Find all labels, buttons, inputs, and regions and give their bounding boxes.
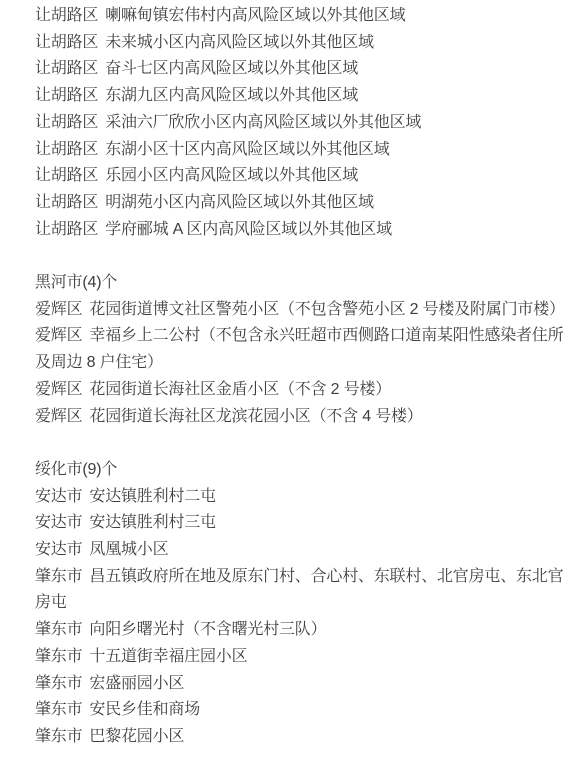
risk-area-list: 让胡路区喇嘛甸镇宏伟村内高风险区域以外其他区域让胡路区未来城小区内高风险区域以外…: [0, 0, 571, 751]
district-name: 肇东市: [35, 701, 82, 718]
district-name: 让胡路区: [35, 221, 98, 238]
risk-area-entry: 肇东市宏盛丽园小区: [35, 671, 569, 698]
risk-area-entry: 肇东市巴黎花园小区: [35, 724, 569, 751]
district-name: 肇东市: [35, 568, 82, 585]
district-name: 安达市: [35, 488, 82, 505]
risk-area-entry: 爱辉区花园街道长海社区金盾小区（不含 2 号楼）: [35, 377, 569, 404]
city-section: 绥化市(9)个 安达市安达镇胜利村二屯安达市安达镇胜利村三屯安达市凤凰城小区肇东…: [35, 457, 569, 751]
risk-area-entry: 安达市凤凰城小区: [35, 537, 569, 564]
area-detail: 昌五镇政府所在地及原东门村、合心村、东联村、北官房屯、东北官房屯: [35, 568, 563, 612]
area-detail: 安民乡佳和商场: [89, 701, 200, 718]
risk-area-entry: 让胡路区东湖小区十区内高风险区域以外其他区域: [35, 137, 569, 164]
city-section-header: 绥化市(9)个: [35, 457, 569, 484]
area-detail: 东湖九区内高风险区域以外其他区域: [105, 87, 358, 104]
area-detail: 明湖苑小区内高风险区域以外其他区域: [105, 194, 374, 211]
risk-area-entry: 让胡路区喇嘛甸镇宏伟村内高风险区域以外其他区域: [35, 3, 569, 30]
district-name: 肇东市: [35, 648, 82, 665]
area-detail: 未来城小区内高风险区域以外其他区域: [105, 34, 374, 51]
risk-area-entry: 爱辉区幸福乡上二公村（不包含永兴旺超市西侧路口道南某阳性感染者住所及周边 8 户…: [35, 323, 569, 376]
risk-area-entry: 让胡路区采油六厂欣欣小区内高风险区域以外其他区域: [35, 110, 569, 137]
risk-area-entry: 安达市安达镇胜利村二屯: [35, 484, 569, 511]
risk-area-entry: 让胡路区东湖九区内高风险区域以外其他区域: [35, 83, 569, 110]
district-name: 肇东市: [35, 728, 82, 745]
area-detail: 幸福乡上二公村（不包含永兴旺超市西侧路口道南某阳性感染者住所及周边 8 户住宅）: [35, 327, 563, 371]
district-name: 让胡路区: [35, 194, 98, 211]
district-name: 让胡路区: [35, 87, 98, 104]
risk-area-entry: 让胡路区学府郦城 A 区内高风险区域以外其他区域: [35, 217, 569, 244]
risk-area-entry: 让胡路区奋斗七区内高风险区域以外其他区域: [35, 56, 569, 83]
city-section-header: 黑河市(4)个: [35, 270, 569, 297]
area-detail: 安达镇胜利村三屯: [89, 514, 215, 531]
city-section: 让胡路区喇嘛甸镇宏伟村内高风险区域以外其他区域让胡路区未来城小区内高风险区域以外…: [35, 3, 569, 243]
area-detail: 巴黎花园小区: [89, 728, 184, 745]
area-detail: 宏盛丽园小区: [89, 675, 184, 692]
district-name: 爱辉区: [35, 327, 82, 344]
area-detail: 凤凰城小区: [89, 541, 168, 558]
risk-area-entry: 让胡路区未来城小区内高风险区域以外其他区域: [35, 30, 569, 57]
area-detail: 乐园小区内高风险区域以外其他区域: [105, 167, 358, 184]
district-name: 让胡路区: [35, 167, 98, 184]
district-name: 肇东市: [35, 675, 82, 692]
area-detail: 东湖小区十区内高风险区域以外其他区域: [105, 141, 389, 158]
area-detail: 学府郦城 A 区内高风险区域以外其他区域: [105, 221, 392, 238]
city-section: 黑河市(4)个 爱辉区花园街道博文社区警苑小区（不包含警苑小区 2 号楼及附属门…: [35, 270, 569, 430]
district-name: 让胡路区: [35, 141, 98, 158]
area-detail: 安达镇胜利村二屯: [89, 488, 215, 505]
district-name: 爱辉区: [35, 408, 82, 425]
risk-area-entry: 肇东市昌五镇政府所在地及原东门村、合心村、东联村、北官房屯、东北官房屯: [35, 564, 569, 617]
district-name: 安达市: [35, 541, 82, 558]
risk-area-entry: 让胡路区明湖苑小区内高风险区域以外其他区域: [35, 190, 569, 217]
district-name: 爱辉区: [35, 381, 82, 398]
area-detail: 花园街道长海社区龙滨花园小区（不含 4 号楼）: [89, 408, 422, 425]
area-detail: 向阳乡曙光村（不含曙光村三队）: [89, 621, 326, 638]
risk-area-entry: 爱辉区花园街道长海社区龙滨花园小区（不含 4 号楼）: [35, 404, 569, 431]
district-name: 肇东市: [35, 621, 82, 638]
area-detail: 奋斗七区内高风险区域以外其他区域: [105, 60, 358, 77]
area-detail: 喇嘛甸镇宏伟村内高风险区域以外其他区域: [105, 7, 405, 24]
district-name: 让胡路区: [35, 7, 98, 24]
risk-area-entry: 肇东市安民乡佳和商场: [35, 697, 569, 724]
risk-area-entry: 让胡路区乐园小区内高风险区域以外其他区域: [35, 163, 569, 190]
area-detail: 十五道街幸福庄园小区: [89, 648, 247, 665]
area-detail: 采油六厂欣欣小区内高风险区域以外其他区域: [105, 114, 421, 131]
risk-area-entry: 肇东市向阳乡曙光村（不含曙光村三队）: [35, 617, 569, 644]
risk-area-entry: 安达市安达镇胜利村三屯: [35, 510, 569, 537]
area-detail: 花园街道长海社区金盾小区（不含 2 号楼）: [89, 381, 391, 398]
district-name: 让胡路区: [35, 34, 98, 51]
district-name: 让胡路区: [35, 60, 98, 77]
district-name: 让胡路区: [35, 114, 98, 131]
risk-area-entry: 肇东市十五道街幸福庄园小区: [35, 644, 569, 671]
area-detail: 花园街道博文社区警苑小区（不包含警苑小区 2 号楼及附属门市楼）: [89, 301, 564, 318]
district-name: 安达市: [35, 514, 82, 531]
risk-area-entry: 爱辉区花园街道博文社区警苑小区（不包含警苑小区 2 号楼及附属门市楼）: [35, 297, 569, 324]
district-name: 爱辉区: [35, 301, 82, 318]
